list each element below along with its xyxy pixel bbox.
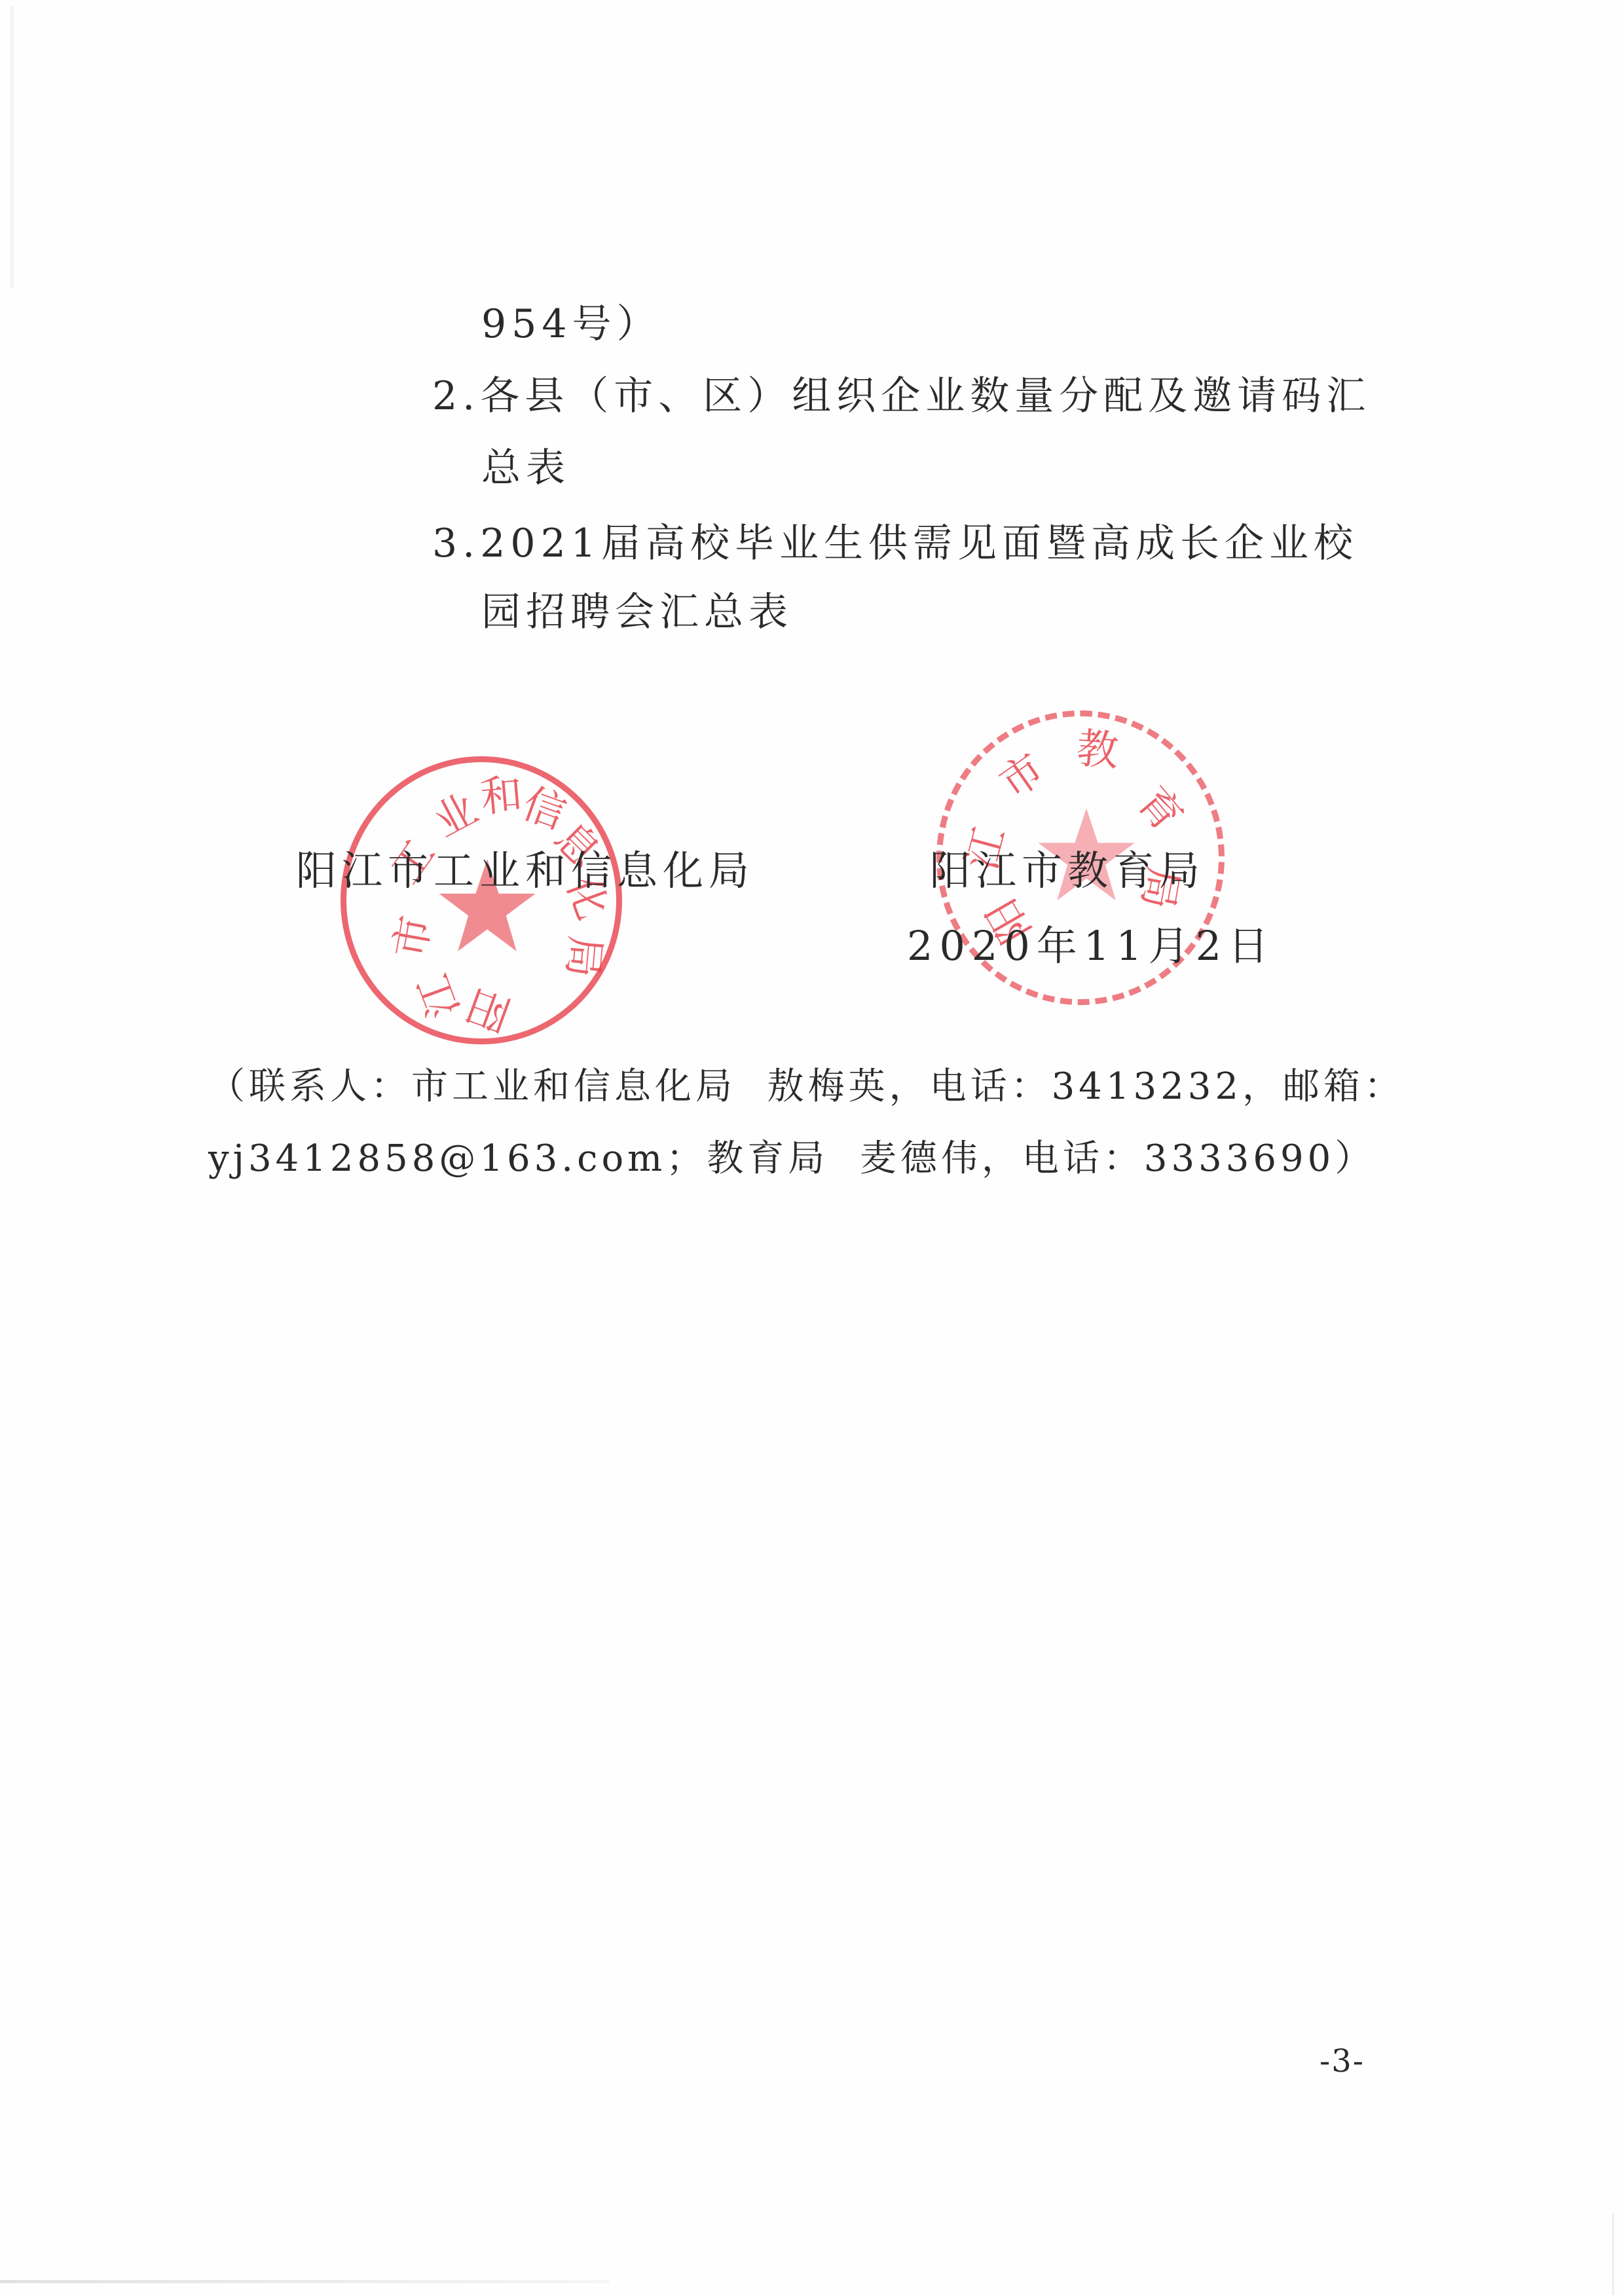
attachment-3-number: 3. bbox=[432, 521, 480, 566]
document-page: 954号） 2.各县（市、区）组织企业数量分配及邀请码汇 总表 3.2021届高… bbox=[0, 0, 1624, 2295]
attachment-2-title: 各县（市、区）组织企业数量分配及邀请码汇 bbox=[480, 373, 1371, 419]
attachment-2-number: 2. bbox=[432, 373, 480, 419]
signature-industry-bureau: 阳江市工业和信息化局 bbox=[296, 845, 754, 897]
scan-edge-bottom bbox=[0, 2280, 609, 2283]
page-number: -3- bbox=[1319, 2043, 1365, 2080]
seal-char: 市 bbox=[993, 747, 1051, 805]
attachment-2-line1: 2.各县（市、区）组织企业数量分配及邀请码汇 bbox=[432, 370, 1371, 422]
attachment-1-continuation: 954号） bbox=[481, 298, 661, 350]
scan-edge-left bbox=[10, 7, 14, 288]
seal-char: 教 bbox=[1075, 727, 1120, 773]
attachment-3-title: 2021届高校毕业生供需见面暨高成长企业校 bbox=[480, 521, 1358, 566]
scan-edge-right bbox=[1612, 2213, 1614, 2295]
contact-line-2: yj3412858@163.com；教育局 麦德伟，电话：3333690） bbox=[208, 1133, 1375, 1185]
attachment-2-line2: 总表 bbox=[481, 442, 570, 494]
attachment-3-line1: 3.2021届高校毕业生供需见面暨高成长企业校 bbox=[432, 517, 1358, 570]
seal-char: 育 bbox=[1130, 780, 1189, 839]
signature-education-bureau: 阳江市教育局 bbox=[930, 845, 1205, 897]
seal-char: 和 bbox=[479, 773, 524, 818]
seal-char: 市 bbox=[389, 913, 437, 961]
signature-date: 2020年11月2日 bbox=[907, 920, 1275, 972]
seal-char: 局 bbox=[561, 934, 606, 979]
seal-char: 信 bbox=[517, 782, 571, 836]
contact-line-1: （联系人：市工业和信息化局 敖梅英，电话：3413232，邮箱： bbox=[208, 1061, 1405, 1113]
seal-char: 业 bbox=[428, 788, 485, 845]
seal-char: 江 bbox=[413, 969, 466, 1023]
seal-char: 阳 bbox=[462, 982, 515, 1036]
official-seal-industry-bureau: 市 工 业 和 信 息 化 局 江 阳 bbox=[341, 756, 622, 1044]
attachment-3-line2: 园招聘会汇总表 bbox=[481, 586, 793, 638]
